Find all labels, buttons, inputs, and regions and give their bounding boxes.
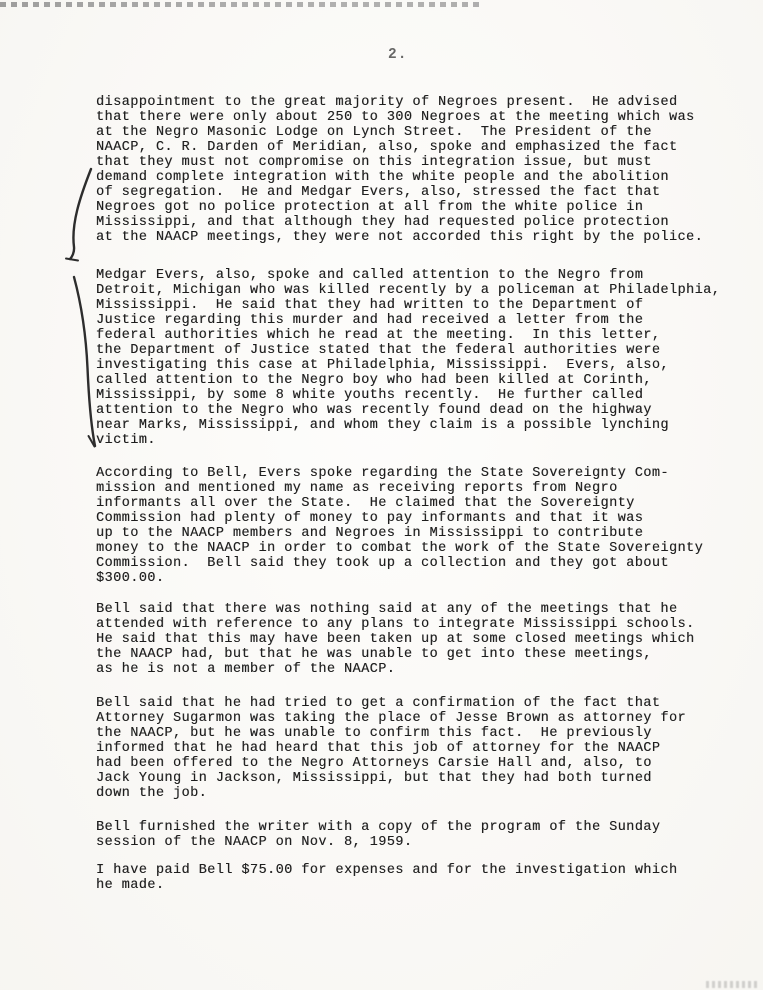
document-paragraph: Medgar Evers, also, spoke and called att…: [96, 268, 720, 448]
scanned-document-page: 2. disappointment to the great majority …: [0, 0, 763, 990]
document-paragraph: Bell said that there was nothing said at…: [96, 602, 695, 677]
handwritten-bracket-stroke: [66, 169, 91, 261]
handwritten-arrow-stroke: [74, 277, 95, 447]
document-paragraph: I have paid Bell $75.00 for expenses and…: [96, 863, 678, 893]
perforation-dashes: [0, 2, 479, 7]
document-paragraph: Bell said that he had tried to get a con…: [96, 696, 686, 801]
document-paragraph: disappointment to the great majority of …: [96, 95, 703, 245]
document-paragraph: According to Bell, Evers spoke regarding…: [96, 466, 703, 586]
bottom-corner-smudge: [706, 981, 760, 988]
page-number: 2.: [388, 47, 407, 63]
document-paragraph: Bell furnished the writer with a copy of…: [96, 820, 660, 850]
